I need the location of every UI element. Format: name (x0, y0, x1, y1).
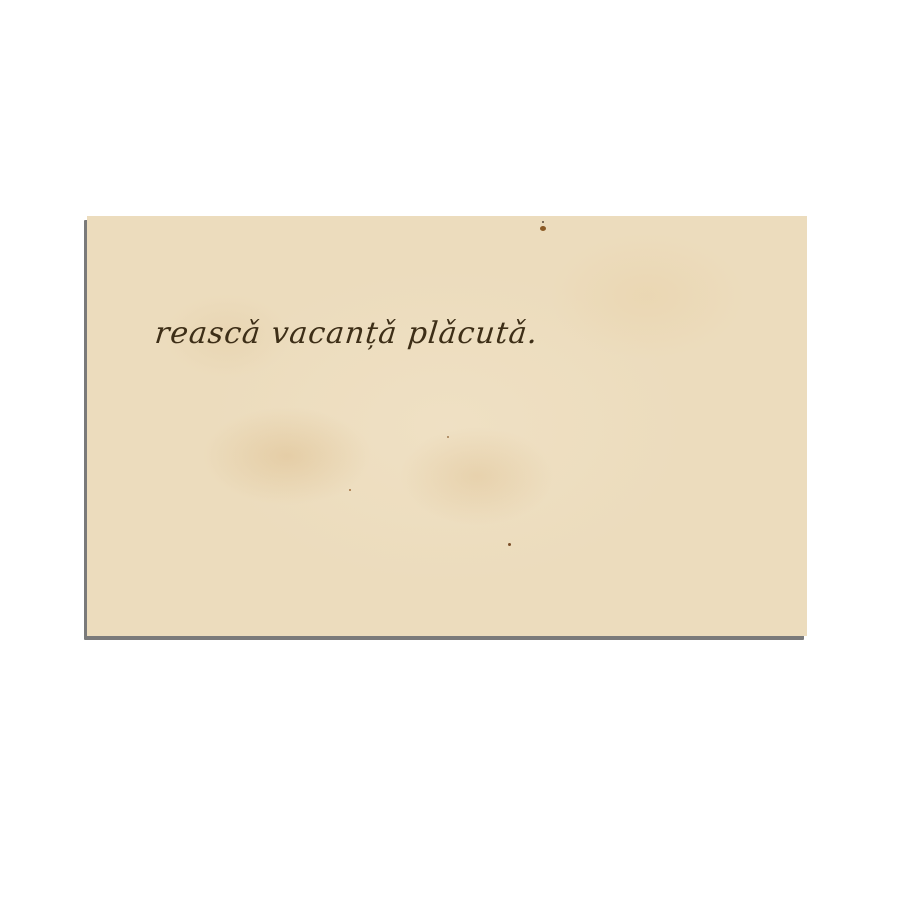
vintage-card: reascǎ vacanțǎ plǎcutǎ. (87, 216, 807, 636)
handwritten-note: reascǎ vacanțǎ plǎcutǎ. (153, 316, 540, 351)
ink-spot (540, 226, 546, 231)
ink-spot (349, 489, 351, 491)
ink-spot (542, 221, 544, 223)
paper-stains (87, 216, 807, 636)
ink-spot (447, 436, 449, 438)
ink-spot (508, 543, 511, 546)
